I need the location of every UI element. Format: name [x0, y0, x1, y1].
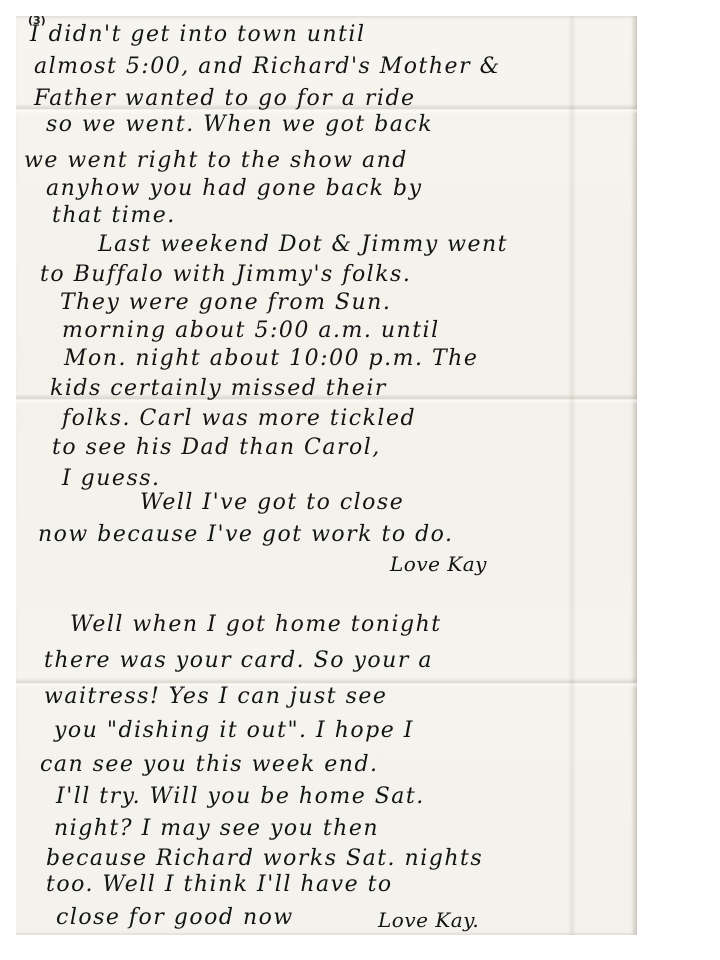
letter-line: They were gone from Sun.: [60, 290, 391, 315]
letter-line: waitress! Yes I can just see: [44, 684, 387, 709]
letter-line: close for good now: [56, 905, 294, 930]
letter-line: Father wanted to go for a ride: [34, 86, 416, 111]
letter-line: that time.: [52, 203, 176, 228]
letter-line: anyhow you had gone back by: [46, 176, 423, 201]
letter-line: too. Well I think I'll have to: [46, 872, 393, 897]
letter-line: now because I've got work to do.: [38, 522, 454, 547]
letter-line: kids certainly missed their: [50, 376, 387, 401]
letter-line: to see his Dad than Carol,: [52, 435, 381, 460]
signature: Love Kay.: [378, 908, 479, 932]
paper-fold: [568, 16, 576, 935]
letter-line: I didn't get into town until: [30, 22, 366, 47]
letter-line: Well when I got home tonight: [70, 612, 442, 637]
letter-line: night? I may see you then: [54, 816, 379, 841]
letter-line: folks. Carl was more tickled: [62, 406, 416, 431]
letter-line: I guess.: [62, 466, 161, 491]
signature: Love Kay: [390, 552, 487, 576]
letter-line: almost 5:00, and Richard's Mother &: [34, 54, 501, 79]
letter-line: there was your card. So your a: [44, 648, 433, 673]
letter-line: morning about 5:00 a.m. until: [62, 318, 440, 343]
letter-line: Mon. night about 10:00 p.m. The: [64, 346, 478, 371]
letter-line: can see you this week end.: [40, 752, 379, 777]
letter-line: you "dishing it out". I hope I: [54, 718, 414, 743]
letter-line: to Buffalo with Jimmy's folks.: [40, 262, 411, 287]
letter-line: Well I've got to close: [140, 490, 404, 515]
letter-line: because Richard works Sat. nights: [46, 846, 483, 871]
letter-line: so we went. When we got back: [46, 112, 433, 137]
letter-line: we went right to the show and: [24, 148, 408, 173]
letter-line: Last weekend Dot & Jimmy went: [98, 232, 508, 257]
letter-line: I'll try. Will you be home Sat.: [56, 784, 425, 809]
